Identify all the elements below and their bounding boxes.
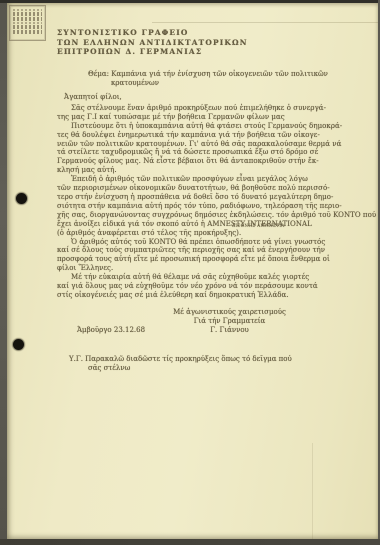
body-line: προσφορά τους αὐτή εἴτε μέ προσωπική προ… [57,255,347,264]
signature-block: Μέ ἀγωνιστικούς χαιρετισμούς Γιά τήν Γρα… [157,308,302,335]
body-line: κλησή μας αὐτή. [57,166,347,175]
body-line: (ὁ ἀριθμός ἀναφέρεται στό τέλος τῆς προκ… [57,229,347,238]
salutation: Ἀγαπητοί φίλοι, [57,93,347,102]
body-line: Γερμανούς φίλους μας. Νά εἶστε βέβαιοι ὅ… [57,157,347,166]
paper-crease [152,22,378,23]
stamp-line [13,17,42,21]
body-line: καί γιά ὅλους μας νά εὐχηθοῦμε τόν νέο χ… [57,282,347,291]
punch-hole-top [16,193,27,204]
letterhead-line-3: ΕΠΙΤΡΟΠΩΝ Δ. ΓΕΡΜΑΝΙΑΣ [57,47,248,57]
signature-name: Γ. Γιάννου [157,326,302,335]
archive-stamp-icon [9,5,46,41]
subject-text: Θέμα: Καμπάνια γιά τήν ἐνίσχυση τῶν οἰκο… [88,70,328,79]
paper: ΣΥΝΤΟΝΙΣΤΙΚΟ ΓΡΑΦΕΙΟ ΤΩΝ ΕΛΛΗΝΩΝ ΑΝΤΙΔΙΚ… [7,3,378,539]
scan-edge-bottom [0,539,380,545]
body-line: τες θά δουλέψει ἐνημερωτικά τήν καμπάνια… [57,131,347,140]
body-line: της μας Γ.Ι καί τυπώσαμε μέ τήν βοήθεια … [57,113,347,122]
punch-hole-bottom [13,339,24,350]
body-line: ἔχει ἀνοίξει εἰδικά γιά τόν σκοπό αὐτό ἡ… [57,220,347,229]
body-line: σιότητα στήν καμπάνια αὐτή πρός τόν τύπο… [57,202,347,211]
letterhead: ΣΥΝΤΟΝΙΣΤΙΚΟ ΓΡΑΦΕΙΟ ΤΩΝ ΕΛΛΗΝΩΝ ΑΝΤΙΔΙΚ… [57,28,248,57]
stamp-line [13,12,42,16]
body-line: Μέ τήν εὐκαιρία αὐτή θά θέλαμε νά σᾶς εὐ… [57,273,347,282]
scan-edge-left [0,0,7,545]
body-line: τῶν περιορισμένων οἰκονομικῶν δυνατοτήτω… [57,184,347,193]
typed-insertion: ΔΙΕΘΝΗΣ ΑΜΝΗΣΤΙΑ [232,223,285,228]
body-line: φίλοι Ἕλληνες. [57,264,347,273]
body-line: καί σέ ὅλους τούς συμπατριῶτες τῆς περιο… [57,246,347,255]
postscript: Υ.Γ. Παρακαλῶ διαδῶστε τίς προκηρύξεις ὅ… [69,355,292,374]
place-date: Ἁμβοῦργο 23.12.68 [77,326,145,334]
scanned-letter: ΣΥΝΤΟΝΙΣΤΙΚΟ ΓΡΑΦΕΙΟ ΤΩΝ ΕΛΛΗΝΩΝ ΑΝΤΙΔΙΚ… [0,0,380,545]
body-line: στίς οἰκογένειές μας σέ μιά ἐλεύθερη καί… [57,291,347,300]
body-line: Πιστεύουμε ὅτι ἡ ὑποκαμπάνια αὐτή θά φτά… [57,122,347,131]
body-line: χῆς σας, διοργανώνοντας συγχρόνως δημόσι… [57,211,347,220]
stamp-line [13,22,42,24]
paper-fold [312,443,313,539]
stamp-line [13,30,42,34]
stamp-line [13,9,42,11]
stamp-line [13,25,42,29]
letterhead-line-2: ΤΩΝ ΕΛΛΗΝΩΝ ΑΝΤΙΔΙΚΤΑΤΟΡΙΚΩΝ [57,38,248,48]
body-line: τερο στήν ἐνίσχυση ἡ προσπάθεια νά δοθεῖ… [57,193,347,202]
body-line: τά στείλετε ταχυδρομικῶς ἤ νά τά δώσετε … [57,148,347,157]
body-line: Ἐπειδή ὁ ἀριθμός τῶν πολιτικῶν προσφύγων… [57,175,347,184]
subject-line: Θέμα: Καμπάνια γιά τήν ἐνίσχυση τῶν οἰκο… [88,70,328,88]
letter-body: Ἀγαπητοί φίλοι, Σᾶς στέλνουμε ἕναν ἀριθμ… [57,93,347,300]
postscript-line-1: Υ.Γ. Παρακαλῶ διαδῶστε τίς προκηρύξεις ὅ… [69,355,292,364]
subject-text-cont: κρατουμένων [88,79,328,88]
closing-salute: Μέ ἀγωνιστικούς χαιρετισμούς [157,308,302,317]
signature-role: Γιά τήν Γραμματεία [157,317,302,326]
body-line: Σᾶς στέλνουμε ἕναν ἀριθμό προκηρύξεων πο… [57,104,347,113]
letterhead-line-1: ΣΥΝΤΟΝΙΣΤΙΚΟ ΓΡΑΦΕΙΟ [57,28,248,38]
postscript-line-2: σᾶς στέλνω [69,364,292,373]
